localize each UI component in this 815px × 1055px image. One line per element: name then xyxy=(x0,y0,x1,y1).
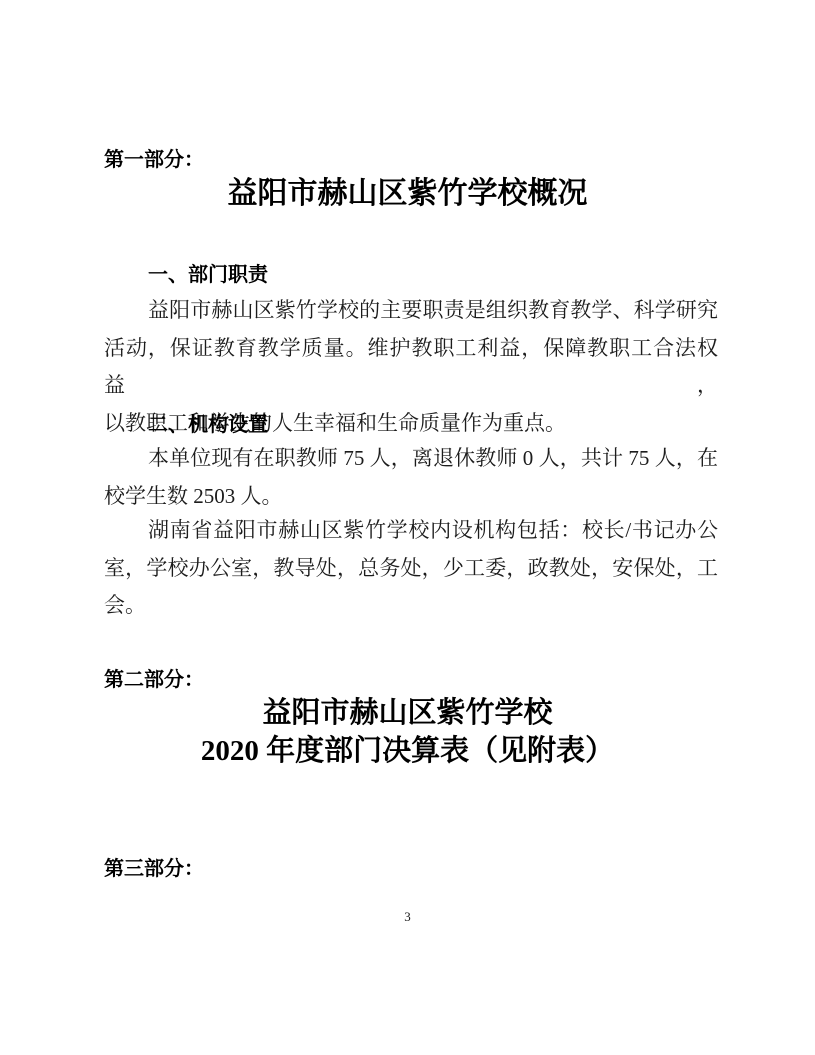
paragraph-line: 校学生数 2503 人。 xyxy=(104,478,718,516)
section1-heading: 一、部门职责 xyxy=(148,261,268,289)
page-number: 3 xyxy=(0,908,815,926)
part3-label: 第三部分： xyxy=(104,855,204,883)
paragraph-line: 湖南省益阳市赫山区紫竹学校内设机构包括：校长/书记办公 xyxy=(104,512,718,550)
paragraph-line: 会。 xyxy=(104,587,718,625)
part1-label: 第一部分： xyxy=(104,146,204,174)
paragraph-line: 室，学校办公室，教导处，总务处，少工委，政教处，安保处，工 xyxy=(104,550,718,588)
part2-title-line1: 益阳市赫山区紫竹学校 xyxy=(0,694,815,732)
document-page: 第一部分： 益阳市赫山区紫竹学校概况 一、部门职责 益阳市赫山区紫竹学校的主要职… xyxy=(0,0,815,1055)
section2-heading: 二、机构设置 xyxy=(148,411,268,439)
section2-paragraph1: 本单位现有在职教师 75 人，离退休教师 0 人，共计 75 人，在 校学生数 … xyxy=(104,440,718,515)
paragraph-line: 活动，保证教育教学质量。维护教职工利益，保障教职工合法权益， xyxy=(104,330,718,405)
part2-title-line2: 2020 年度部门决算表（见附表） xyxy=(0,732,815,770)
paragraph-line: 本单位现有在职教师 75 人，离退休教师 0 人，共计 75 人，在 xyxy=(104,440,718,478)
part2-label: 第二部分： xyxy=(104,666,204,694)
part1-title: 益阳市赫山区紫竹学校概况 xyxy=(0,176,815,212)
section2-paragraph2: 湖南省益阳市赫山区紫竹学校内设机构包括：校长/书记办公 室，学校办公室，教导处，… xyxy=(104,512,718,625)
paragraph-line: 益阳市赫山区紫竹学校的主要职责是组织教育教学、科学研究 xyxy=(104,292,718,330)
